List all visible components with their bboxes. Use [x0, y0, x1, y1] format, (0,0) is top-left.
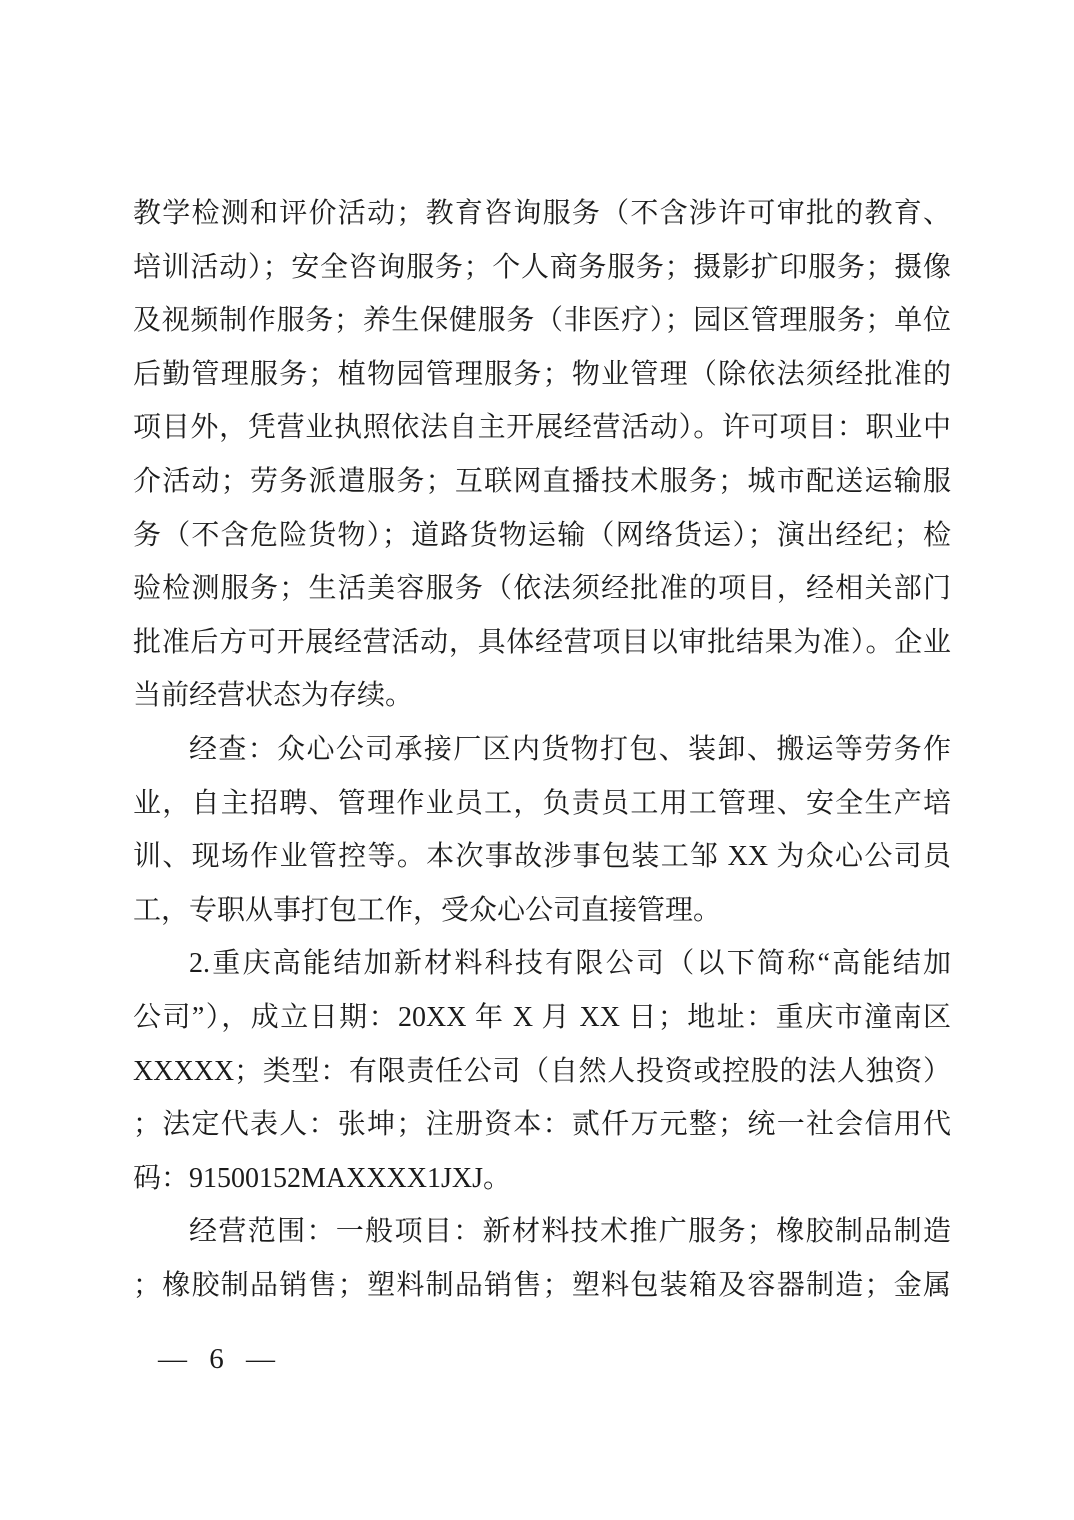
- body-text-block: 教学检测和评价活动；教育咨询服务（不含涉许可审批的教育、 培训活动）；安全咨询服…: [133, 187, 951, 1312]
- text-line-paragraph-start: 经营范围：一般项目：新材料技术推广服务；橡胶制品制造: [133, 1205, 951, 1259]
- text-line: 及视频制作服务；养生保健服务（非医疗）；园区管理服务；单位: [133, 294, 951, 348]
- text-line: 公司”），成立日期：20XX 年 X 月 XX 日；地址：重庆市潼南区: [133, 991, 951, 1045]
- text-line: 验检测服务；生活美容服务（依法须经批准的项目，经相关部门: [133, 562, 951, 616]
- text-line: 后勤管理服务；植物园管理服务；物业管理（除依法须经批准的: [133, 348, 951, 402]
- text-line: 教学检测和评价活动；教育咨询服务（不含涉许可审批的教育、: [133, 187, 951, 241]
- text-line-paragraph-end: 工，专职从事打包工作，受众心公司直接管理。: [133, 884, 951, 938]
- text-line: 培训活动）；安全咨询服务；个人商务服务；摄影扩印服务；摄像: [133, 241, 951, 295]
- text-line: 项目外，凭营业执照依法自主开展经营活动）。许可项目：职业中: [133, 401, 951, 455]
- document-page: 教学检测和评价活动；教育咨询服务（不含涉许可审批的教育、 培训活动）；安全咨询服…: [0, 0, 1074, 1520]
- text-line: ；橡胶制品销售；塑料制品销售；塑料包装箱及容器制造；金属: [133, 1259, 951, 1313]
- text-line-paragraph-end: 码：91500152MAXXXX1JXJ。: [133, 1152, 951, 1206]
- text-line: 务（不含危险货物）；道路货物运输（网络货运）；演出经纪；检: [133, 509, 951, 563]
- text-line-paragraph-start: 经查：众心公司承接厂区内货物打包、装卸、搬运等劳务作: [133, 723, 951, 777]
- text-line-paragraph-end: 当前经营状态为存续。: [133, 669, 951, 723]
- text-line: 批准后方可开展经营活动，具体经营项目以审批结果为准）。企业: [133, 616, 951, 670]
- text-line: 业，自主招聘、管理作业员工，负责员工用工管理、安全生产培: [133, 777, 951, 831]
- page-number: — 6 —: [158, 1342, 275, 1376]
- text-line-paragraph-start: 2.重庆高能结加新材料科技有限公司（以下简称“高能结加: [133, 937, 951, 991]
- text-line: 训、现场作业管控等。本次事故涉事包装工邹 XX 为众心公司员: [133, 830, 951, 884]
- text-line: XXXXX；类型：有限责任公司（自然人投资或控股的法人独资）: [133, 1045, 951, 1099]
- text-line: 介活动；劳务派遣服务；互联网直播技术服务；城市配送运输服: [133, 455, 951, 509]
- text-line: ；法定代表人：张坤；注册资本：贰仟万元整；统一社会信用代: [133, 1098, 951, 1152]
